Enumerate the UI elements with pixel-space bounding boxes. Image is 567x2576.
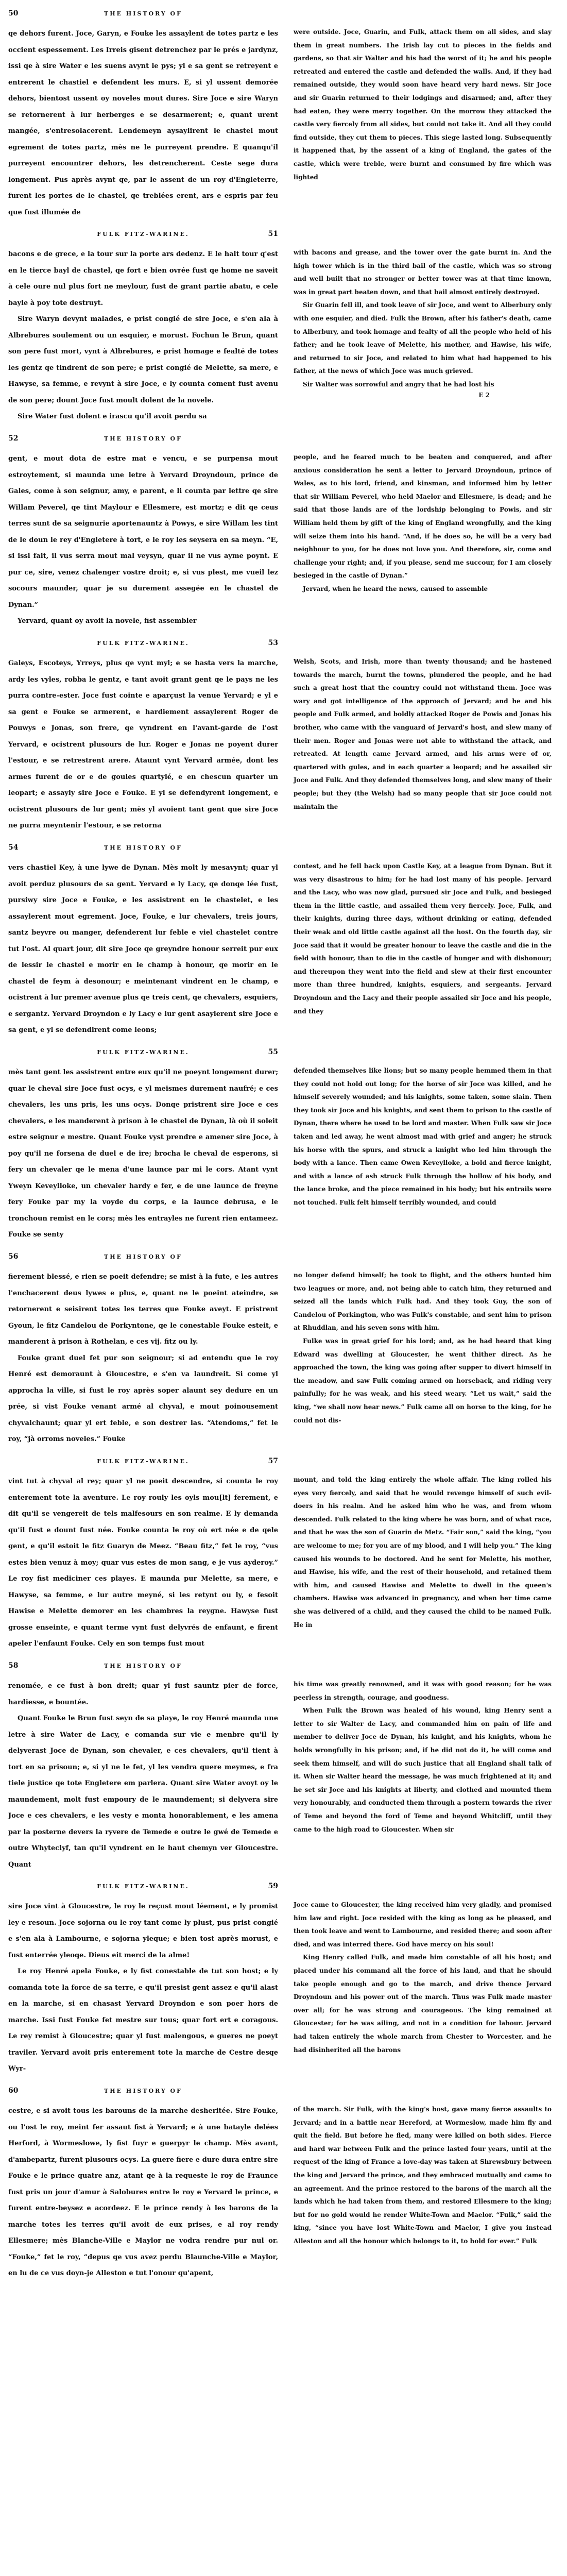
paragraph: Yervard, quant oy avoit la novele, fist … (8, 613, 278, 630)
running-header: 60 THE HISTORY OF (8, 2077, 278, 2103)
running-title: THE HISTORY OF (39, 844, 278, 851)
page-56-en: no longer defend himself; he took to fli… (294, 1243, 552, 1448)
paragraph: When Fulk the Brown was healed of his wo… (294, 1704, 552, 1836)
signature-mark: E 2 (294, 392, 552, 405)
page-52-en: people, and he feared much to be beaten … (294, 425, 552, 630)
page-58-en: his time was greatly renowned, and it wa… (294, 1652, 552, 1873)
page-50-fr: 50 THE HISTORY OF qe dehors furent. Joce… (8, 0, 278, 221)
paragraph: Le roy Henré apela Fouke, e ly fist cone… (8, 1963, 278, 2077)
page-55-fr: FULK FITZ-WARINE. 55 mès tant gent les a… (8, 1039, 278, 1243)
french-column: 50 THE HISTORY OF qe dehors furent. Joce… (0, 0, 283, 2282)
paragraph: of the march. Sir Fulk, with the king's … (294, 2103, 552, 2248)
page-text: contest, and he fell back upon Castle Ke… (294, 860, 552, 1018)
page-53-en: Welsh, Scots, and Irish, more than twent… (294, 630, 552, 834)
running-title: THE HISTORY OF (39, 1663, 278, 1669)
page-number: 55 (247, 1048, 278, 1056)
running-header: FULK FITZ-WARINE. 57 (8, 1448, 278, 1473)
page-57-en: mount, and told the king entirely the wh… (294, 1448, 552, 1652)
paragraph: with bacons and grease, and the tower ov… (294, 246, 552, 299)
page-text: Joce came to Gloucester, the king receiv… (294, 1899, 552, 2057)
page-number: 60 (8, 2087, 39, 2095)
running-header: FULK FITZ-WARINE. 53 (8, 630, 278, 655)
running-title: THE HISTORY OF (39, 1253, 278, 1260)
paragraph: fierement blessé, e rien se poeit defend… (8, 1269, 278, 1350)
parallel-text-document: 50 THE HISTORY OF qe dehors furent. Joce… (0, 0, 567, 2282)
running-title: FULK FITZ-WARINE. (8, 640, 247, 647)
page-51-en: with bacons and grease, and the tower ov… (294, 221, 552, 425)
paragraph: no longer defend himself; he took to fli… (294, 1269, 552, 1335)
running-header: 50 THE HISTORY OF (8, 0, 278, 26)
paragraph: Sir Walter was sorrowful and angry that … (294, 378, 552, 392)
paragraph: defended themselves like lions; but so m… (294, 1064, 552, 1210)
page-text: of the march. Sir Fulk, with the king's … (294, 2103, 552, 2248)
running-header: FULK FITZ-WARINE. 59 (8, 1873, 278, 1899)
page-60-en: of the march. Sir Fulk, with the king's … (294, 2077, 552, 2282)
page-text: sire Joce vint à Gloucestre, le roy le r… (8, 1899, 278, 2077)
paragraph: his time was greatly renowned, and it wa… (294, 1678, 552, 1704)
paragraph: Fulke was in great grief for his lord; a… (294, 1335, 552, 1427)
page-number: 56 (8, 1252, 39, 1261)
page-51-fr: FULK FITZ-WARINE. 51 bacons e de grece, … (8, 221, 278, 425)
page-text: mount, and told the king entirely the wh… (294, 1473, 552, 1632)
page-text: vint tut à chyval al rey; quar yl ne poe… (8, 1473, 278, 1652)
paragraph: contest, and he fell back upon Castle Ke… (294, 860, 552, 1018)
running-title: FULK FITZ-WARINE. (8, 1049, 247, 1056)
paragraph: Joce came to Gloucester, the king receiv… (294, 1899, 552, 1951)
page-number: 59 (247, 1882, 278, 1890)
page-59-en: Joce came to Gloucester, the king receiv… (294, 1873, 552, 2077)
page-text: gent, e mout dota de estre mat e vencu, … (8, 451, 278, 630)
page-text: with bacons and grease, and the tower ov… (294, 246, 552, 392)
english-column: were outside. Joce, Guarin, and Fulk, at… (283, 0, 567, 2282)
page-60-fr: 60 THE HISTORY OF cestre, e si avoit tou… (8, 2077, 278, 2282)
page-54-en: contest, and he fell back upon Castle Ke… (294, 834, 552, 1039)
paragraph: qe dehors furent. Joce, Garyn, e Fouke l… (8, 26, 278, 221)
running-title: FULK FITZ-WARINE. (8, 231, 247, 238)
page-text: Galeys, Escoteys, Yrreys, plus qe vynt m… (8, 655, 278, 834)
page-number: 53 (247, 639, 278, 647)
paragraph: King Henry called Fulk, and made him con… (294, 1951, 552, 2057)
running-title: FULK FITZ-WARINE. (8, 1883, 247, 1890)
page-text: people, and he feared much to be beaten … (294, 451, 552, 596)
page-55-en: defended themselves like lions; but so m… (294, 1039, 552, 1243)
page-50-en: were outside. Joce, Guarin, and Fulk, at… (294, 0, 552, 221)
page-59-fr: FULK FITZ-WARINE. 59 sire Joce vint à Gl… (8, 1873, 278, 2077)
paragraph: gent, e mout dota de estre mat e vencu, … (8, 451, 278, 613)
page-text: fierement blessé, e rien se poeit defend… (8, 1269, 278, 1448)
paragraph: Sire Waryn devynt malades, e prist congi… (8, 311, 278, 409)
paragraph: Quant Fouke le Brun fust seyn de sa play… (8, 1710, 278, 1873)
page-text: vers chastiel Key, à une lywe de Dynan. … (8, 860, 278, 1039)
paragraph: vint tut à chyval al rey; quar yl ne poe… (8, 1473, 278, 1652)
running-header: 52 THE HISTORY OF (8, 425, 278, 451)
page-56-fr: 56 THE HISTORY OF fierement blessé, e ri… (8, 1243, 278, 1448)
paragraph: Jervard, when he heard the news, caused … (294, 583, 552, 596)
page-text: bacons e de grece, e la tour sur la port… (8, 246, 278, 425)
page-text: were outside. Joce, Guarin, and Fulk, at… (294, 26, 552, 184)
page-text: Welsh, Scots, and Irish, more than twent… (294, 655, 552, 814)
page-text: defended themselves like lions; but so m… (294, 1064, 552, 1210)
paragraph: vers chastiel Key, à une lywe de Dynan. … (8, 860, 278, 1039)
paragraph: Welsh, Scots, and Irish, more than twent… (294, 655, 552, 814)
running-title: THE HISTORY OF (39, 10, 278, 17)
paragraph: bacons e de grece, e la tour sur la port… (8, 246, 278, 311)
running-header: 58 THE HISTORY OF (8, 1652, 278, 1678)
paragraph: Fouke grant duel fet pur son seignour; s… (8, 1350, 278, 1448)
running-title: FULK FITZ-WARINE. (8, 1458, 247, 1465)
paragraph: cestre, e si avoit tous les barouns de l… (8, 2103, 278, 2282)
page-number: 50 (8, 9, 39, 18)
running-header: FULK FITZ-WARINE. 55 (8, 1039, 278, 1064)
page-number: 54 (8, 843, 39, 852)
page-number: 52 (8, 434, 39, 443)
page-52-fr: 52 THE HISTORY OF gent, e mout dota de e… (8, 425, 278, 630)
page-number: 51 (247, 230, 278, 238)
page-text: his time was greatly renowned, and it wa… (294, 1678, 552, 1836)
page-text: renomée, e ce fust à bon dreit; quar yl … (8, 1678, 278, 1873)
page-number: 57 (247, 1457, 278, 1465)
paragraph: people, and he feared much to be beaten … (294, 451, 552, 583)
running-title: THE HISTORY OF (39, 2088, 278, 2094)
running-header: 56 THE HISTORY OF (8, 1243, 278, 1269)
page-text: no longer defend himself; he took to fli… (294, 1269, 552, 1427)
paragraph: sire Joce vint à Gloucestre, le roy le r… (8, 1899, 278, 1963)
page-text: qe dehors furent. Joce, Garyn, e Fouke l… (8, 26, 278, 221)
page-58-fr: 58 THE HISTORY OF renomée, e ce fust à b… (8, 1652, 278, 1873)
page-text: cestre, e si avoit tous les barouns de l… (8, 2103, 278, 2282)
paragraph: were outside. Joce, Guarin, and Fulk, at… (294, 26, 552, 184)
paragraph: mount, and told the king entirely the wh… (294, 1473, 552, 1632)
page-57-fr: FULK FITZ-WARINE. 57 vint tut à chyval a… (8, 1448, 278, 1652)
page-53-fr: FULK FITZ-WARINE. 53 Galeys, Escoteys, Y… (8, 630, 278, 834)
paragraph: Galeys, Escoteys, Yrreys, plus qe vynt m… (8, 655, 278, 834)
running-title: THE HISTORY OF (39, 435, 278, 442)
paragraph: mès tant gent les assistrent entre eux q… (8, 1064, 278, 1243)
paragraph: Sir Guarin fell ill, and took leave of s… (294, 299, 552, 378)
paragraph: Sire Water fust dolent e irascu qu'il av… (8, 409, 278, 425)
page-number: 58 (8, 1662, 39, 1670)
paragraph: renomée, e ce fust à bon dreit; quar yl … (8, 1678, 278, 1710)
running-header: 54 THE HISTORY OF (8, 834, 278, 860)
page-54-fr: 54 THE HISTORY OF vers chastiel Key, à u… (8, 834, 278, 1039)
running-header: FULK FITZ-WARINE. 51 (8, 221, 278, 246)
page-text: mès tant gent les assistrent entre eux q… (8, 1064, 278, 1243)
